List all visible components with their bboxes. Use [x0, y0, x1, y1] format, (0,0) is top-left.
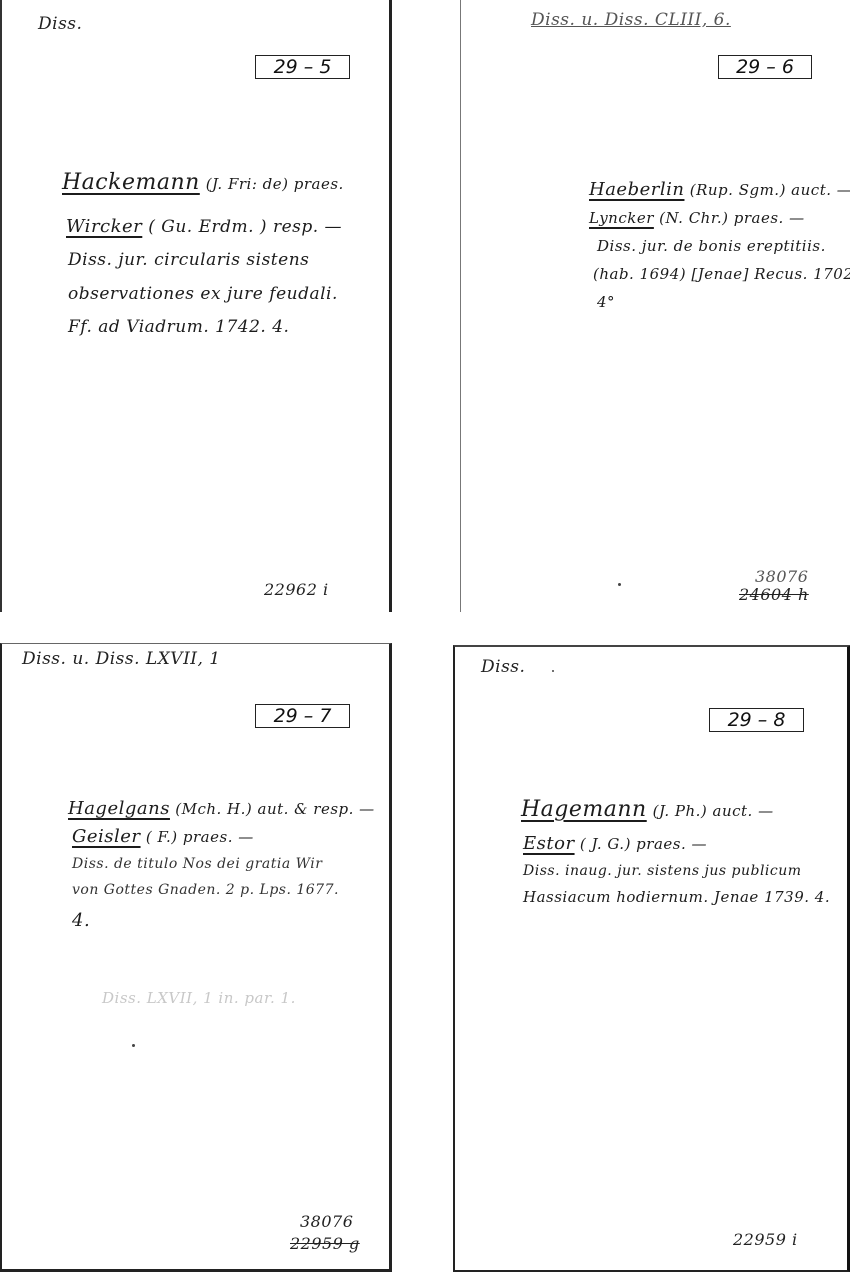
- author-name: Hagelgans: [68, 798, 170, 819]
- entry-line-1: Hackemann (J. Fri: de) praes.: [62, 170, 344, 197]
- entry-line-3: Diss. jur. de bonis ereptitiis.: [597, 234, 826, 259]
- faint-note: Diss. LXVII, 1 in. par. 1.: [102, 989, 296, 1007]
- coauthor-name: Lyncker: [589, 209, 654, 227]
- shelf-number: 29 – 6: [718, 55, 812, 79]
- entry-line-5: 4°: [597, 290, 615, 315]
- speck: [552, 670, 554, 672]
- entry-line-1: Haeberlin (Rup. Sgm.) auct. —: [589, 177, 850, 203]
- coauthor-role: ( J. G.) praes. —: [580, 835, 707, 853]
- collection-note: Diss.: [38, 14, 82, 34]
- coauthor-name: Geisler: [72, 826, 141, 847]
- shelf-number: 29 – 5: [255, 55, 350, 79]
- entry-line-1: Hagemann (J. Ph.) auct. —: [521, 797, 774, 824]
- author-name: Haeberlin: [589, 179, 684, 200]
- speck: [132, 1044, 135, 1047]
- accession-number-current: 38076: [300, 1212, 353, 1231]
- author-role: (J. Ph.) auct. —: [653, 802, 774, 820]
- author-name: Hagemann: [521, 797, 647, 822]
- author-name: Hackemann: [62, 170, 200, 195]
- coauthor-name: Estor: [523, 833, 575, 854]
- catalog-card-29-8: Diss. 29 – 8 Hagemann (J. Ph.) auct. — E…: [453, 645, 850, 1272]
- entry-line-2: Lyncker (N. Chr.) praes. —: [589, 206, 805, 231]
- coauthor-name: Wircker: [66, 216, 142, 237]
- collection-note: Diss. u. Diss. LXVII, 1: [22, 649, 221, 669]
- entry-line-3: Diss. inaug. jur. sistens jus publicum: [523, 859, 802, 884]
- coauthor-role: ( F.) praes. —: [146, 828, 254, 846]
- entry-line-4: observationes ex jure feudali.: [68, 282, 338, 307]
- author-role: (Rup. Sgm.) auct. —: [690, 181, 850, 199]
- accession-number-old: 24604 h: [739, 585, 809, 604]
- accession-number-current: 38076: [755, 567, 808, 586]
- shelf-number: 29 – 8: [709, 708, 804, 732]
- entry-line-2: Estor ( J. G.) praes. —: [523, 831, 707, 857]
- collection-note: Diss.: [481, 657, 525, 677]
- entry-line-4: (hab. 1694) [Jenae] Recus. 1702.: [593, 262, 850, 287]
- shelf-number: 29 – 7: [255, 704, 350, 728]
- entry-line-5: 4.: [72, 908, 90, 933]
- accession-number: 22962 i: [264, 580, 329, 599]
- catalog-card-29-5: Diss. 29 – 5 Hackemann (J. Fri: de) prae…: [0, 0, 392, 612]
- collection-note: Diss. u. Diss. CLIII, 6.: [531, 10, 731, 30]
- speck: [618, 583, 621, 586]
- entry-line-4: Hassiacum hodiernum. Jenae 1739. 4.: [523, 885, 830, 910]
- entry-line-2: Wircker ( Gu. Erdm. ) resp. —: [66, 214, 342, 240]
- catalog-card-29-6: Diss. u. Diss. CLIII, 6. 29 – 6 Haeberli…: [460, 0, 850, 612]
- entry-line-4: von Gottes Gnaden. 2 p. Lps. 1677.: [72, 878, 339, 903]
- coauthor-role: ( Gu. Erdm. ) resp. —: [148, 217, 342, 237]
- coauthor-role: (N. Chr.) praes. —: [659, 209, 804, 227]
- author-role: (Mch. H.) aut. & resp. —: [175, 800, 374, 818]
- entry-line-5: Ff. ad Viadrum. 1742. 4.: [68, 315, 289, 340]
- catalog-card-29-7: Diss. u. Diss. LXVII, 1 29 – 7 Hagelgans…: [0, 643, 392, 1272]
- entry-line-1: Hagelgans (Mch. H.) aut. & resp. —: [68, 796, 375, 822]
- author-role: (J. Fri: de) praes.: [206, 175, 344, 193]
- entry-line-3: Diss. jur. circularis sistens: [68, 248, 309, 273]
- accession-number: 22959 i: [733, 1230, 798, 1249]
- entry-line-2: Geisler ( F.) praes. —: [72, 824, 254, 850]
- accession-number-old: 22959 g: [290, 1234, 360, 1253]
- entry-line-3: Diss. de titulo Nos dei gratia Wir: [72, 852, 322, 877]
